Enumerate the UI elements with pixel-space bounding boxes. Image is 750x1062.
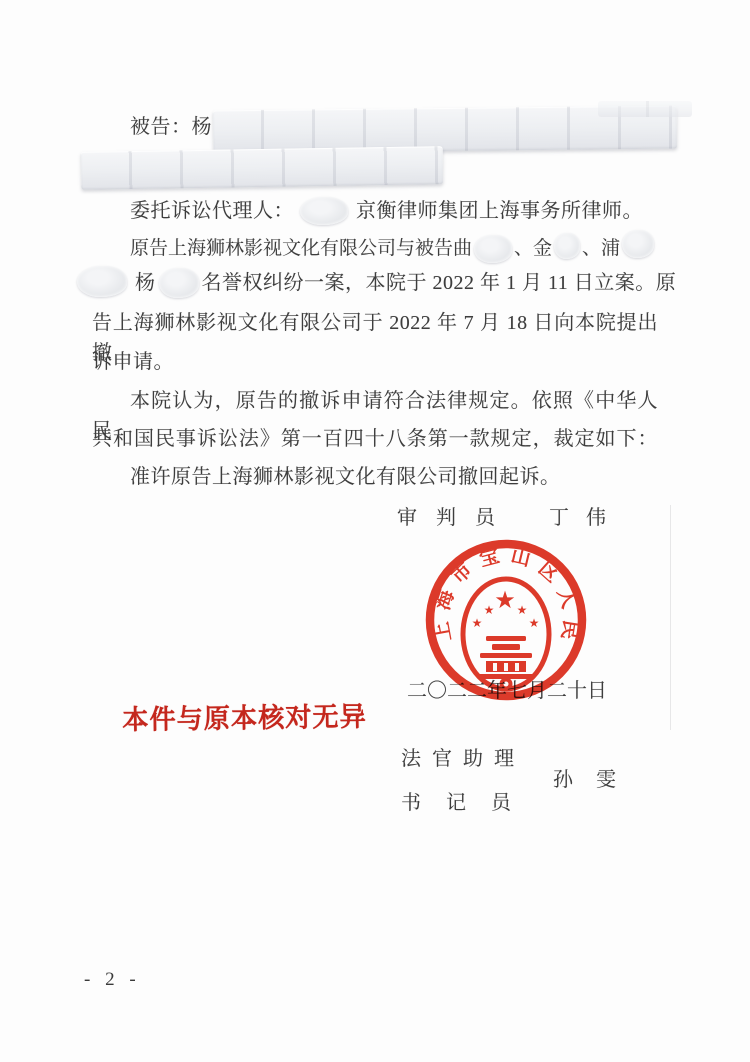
redacted-name-qu: [474, 235, 512, 263]
court-seal: 上海市宝山区人民法院 ★ ★ ★ ★ ★: [414, 528, 598, 712]
clerk-title: 书 记 员: [401, 788, 521, 818]
svg-text:★: ★: [517, 603, 528, 617]
paragraph1-line1: 原告上海狮林影视文化有限公司与被告曲 、金 、浦: [130, 234, 654, 264]
paragraph1-line4: 诉申请。: [92, 347, 174, 377]
svg-text:★: ★: [494, 586, 516, 614]
clerk-name: 孙 雯: [553, 765, 625, 795]
redacted-margin-blob: [77, 266, 127, 297]
redaction-tape-row1-edge: [598, 101, 692, 117]
agent-firm: 京衡律师集团上海事务所律师。: [356, 196, 643, 226]
verification-stamp: 本件与原本核对无异: [122, 695, 367, 737]
paragraph1-line1-text: 原告上海狮林影视文化有限公司与被告曲: [130, 234, 472, 264]
court-seal-graphic: 上海市宝山区人民法院 ★ ★ ★ ★ ★: [414, 528, 598, 712]
redacted-name-jin: [554, 233, 580, 259]
paragraph1-line2-yang: 杨: [135, 268, 156, 298]
scan-fold-line: [670, 505, 671, 730]
paragraph1-line2: 杨 名誉权纠纷一案，本院于 2022 年 1 月 11 日立案。原: [135, 268, 676, 298]
redaction-tape-row2: [81, 146, 444, 190]
paragraph1-line1-sep2: 、浦: [582, 234, 620, 264]
redacted-name-yang: [159, 268, 199, 298]
defendant-line: 被告：杨: [130, 112, 212, 142]
agent-label: 委托诉讼代理人：: [130, 196, 294, 226]
redacted-agent-name: [300, 197, 348, 225]
svg-text:★: ★: [484, 603, 495, 617]
svg-text:★: ★: [472, 616, 483, 630]
svg-text:★: ★: [529, 616, 540, 630]
paragraph1-line2-text: 名誉权纠纷一案，本院于 2022 年 1 月 11 日立案。原: [202, 268, 677, 298]
ruling-line: 准许原告上海狮林影视文化有限公司撤回起诉。: [130, 462, 561, 492]
page-number: - 2 -: [84, 969, 141, 991]
redacted-name-pu: [622, 230, 654, 258]
agent-line: 委托诉讼代理人： 京衡律师集团上海事务所律师。: [130, 196, 643, 226]
national-emblem-icon: ★ ★ ★ ★ ★: [463, 579, 549, 691]
seal-outer-ring: [430, 544, 582, 696]
paragraph1-line3: 告上海狮林影视文化有限公司于 2022 年 7 月 18 日向本院提出撤: [92, 308, 658, 368]
paragraph1-line1-sep1: 、金: [514, 234, 552, 264]
paragraph2-line2: 共和国民事诉讼法》第一百四十八条第一款规定，裁定如下：: [92, 424, 658, 454]
assistant-title: 法 官 助 理: [401, 744, 517, 774]
court-ruling-page: 被告：杨 委托诉讼代理人： 京衡律师集团上海事务所律师。 原告上海狮林影视文化有…: [0, 0, 750, 1062]
